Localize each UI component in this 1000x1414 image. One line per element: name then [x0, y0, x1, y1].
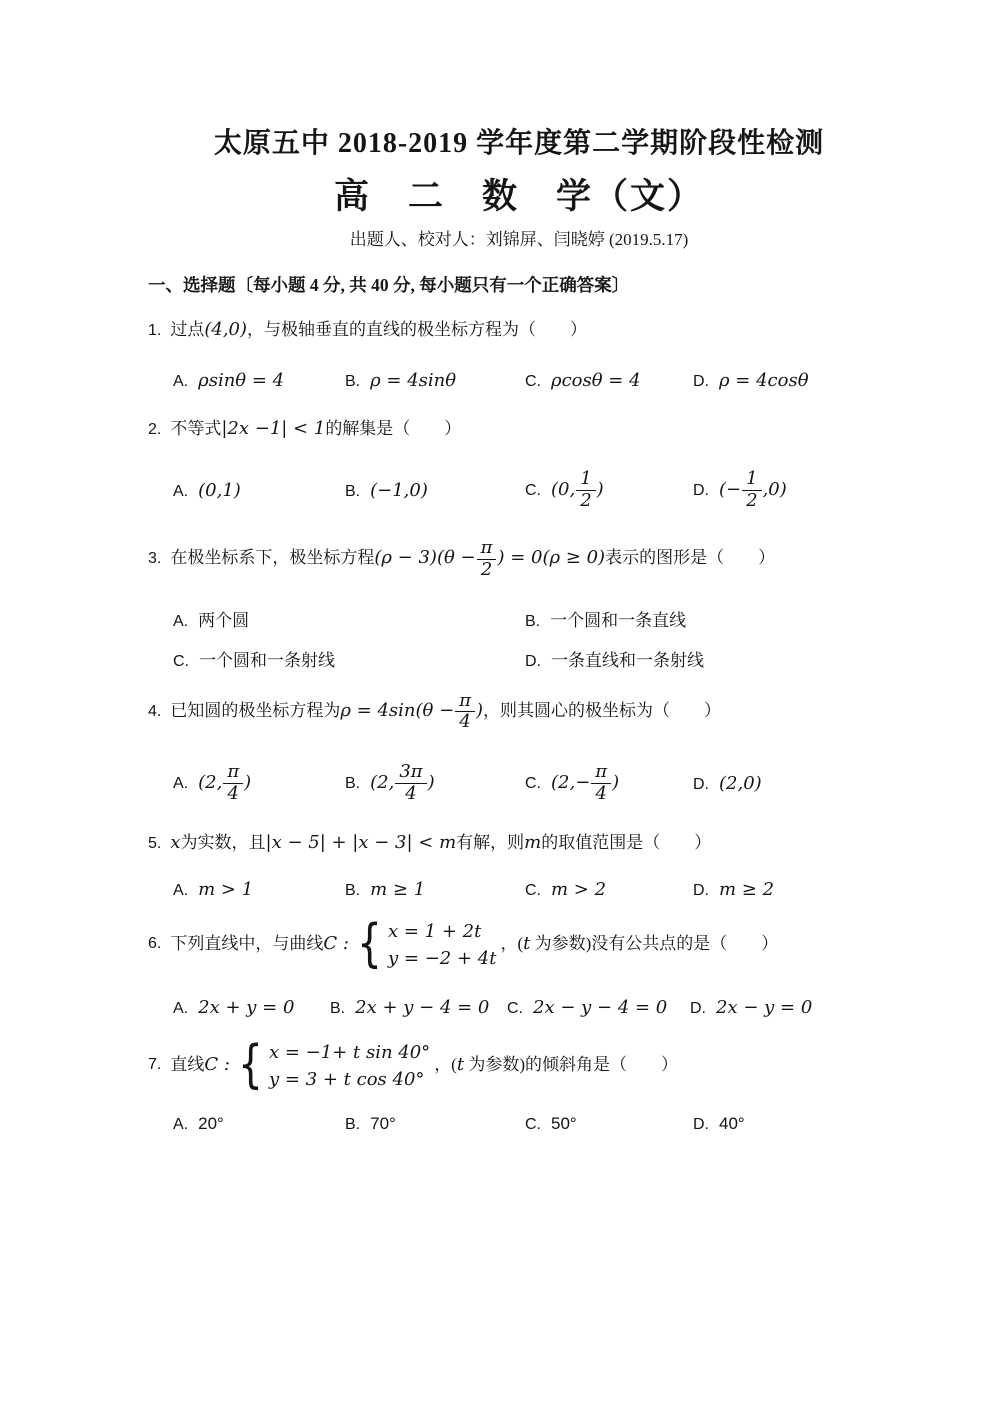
option-text: 2x + y = 0: [198, 997, 294, 1018]
question-7-stem: 7.直线C :{x = −1+ t sin 40°y = 3 + t cos 4…: [148, 1039, 890, 1093]
option-label: C.: [525, 373, 541, 390]
option-text: (2,π4): [198, 772, 251, 793]
stem-math: (ρ − 3)(θ −: [374, 547, 475, 568]
fraction-numerator: π: [223, 762, 243, 783]
stem-math: ) = 0(ρ ≥ 0): [497, 547, 605, 568]
fraction: 12: [576, 469, 595, 511]
option-text: ρ = 4sinθ: [370, 370, 456, 391]
stem-math: |2x −1| < 1: [221, 418, 325, 439]
stem-math: ): [476, 700, 483, 721]
question-5-option-d: D.m ≥ 2: [693, 879, 890, 900]
fraction: 3π4: [395, 762, 426, 804]
question-4-option-c: C.(2,−π4): [525, 762, 693, 804]
option-label: D.: [693, 373, 709, 390]
option-label: A.: [173, 1000, 188, 1017]
option-label: D.: [693, 882, 709, 899]
option-text: 70°: [370, 1114, 396, 1133]
question-1-options: A.ρsinθ = 4 B.ρ = 4sinθ C.ρcosθ = 4 D.ρ …: [173, 370, 890, 391]
exam-credits: 出题人、校对人：刘锦屏、闫晓婷 (2019.5.17): [148, 228, 890, 252]
fraction-denominator: 4: [395, 783, 426, 805]
option-text: 两个圆: [198, 611, 249, 630]
question-2-option-d: D.(−12,0): [693, 469, 890, 511]
option-text: (2,0): [719, 773, 762, 794]
fraction-denominator: 4: [455, 711, 475, 733]
question-6-stem: 6.下列直线中，与曲线C :{x = 1 + 2ty = −2 + 4t，(t …: [148, 918, 890, 972]
stem-math: ρ = 4sin(θ −: [340, 700, 454, 721]
stem-text: 表示的图形是（ ）: [605, 548, 775, 567]
option-label: D.: [693, 1116, 709, 1133]
option-label: A.: [173, 882, 188, 899]
option-text: 一个圆和一条直线: [550, 611, 686, 630]
option-text: ρ = 4cosθ: [719, 370, 809, 391]
option-label: B.: [330, 1000, 345, 1017]
option-text-pre: (−: [719, 479, 741, 500]
stem-text: ，(: [500, 933, 523, 952]
stem-text: 的解集是（ ）: [325, 419, 461, 438]
fraction: π2: [477, 538, 497, 580]
option-label: C.: [507, 1000, 523, 1017]
option-label: C.: [173, 653, 189, 670]
option-text-pre: (2,: [370, 772, 394, 793]
stem-math: t: [457, 1053, 464, 1074]
parametric-equations: {x = −1+ t sin 40°y = 3 + t cos 40°: [234, 1039, 430, 1093]
question-6-option-d: D.2x − y = 0: [690, 997, 890, 1018]
question-1-option-c: C.ρcosθ = 4: [525, 370, 693, 391]
page-content: 太原五中 2018-2019 学年度第二学期阶段性检测 高 二 数 学（文） 出…: [0, 0, 1000, 1134]
option-label: C.: [525, 775, 541, 792]
option-text-post: ): [612, 772, 619, 793]
option-label: D.: [693, 776, 709, 793]
option-label: D.: [693, 482, 709, 499]
fraction-denominator: 2: [742, 490, 761, 512]
question-1-option-a: A.ρsinθ = 4: [173, 370, 345, 391]
question-4-stem: 4.已知圆的极坐标方程为ρ = 4sin(θ −π4)，则其圆心的极坐标为（ ）: [148, 691, 890, 733]
option-text: m ≥ 1: [370, 879, 425, 900]
option-text: (0,1): [198, 480, 241, 501]
parametric-equations: {x = 1 + 2ty = −2 + 4t: [353, 918, 497, 972]
question-1-option-d: D.ρ = 4cosθ: [693, 370, 890, 391]
question-6-option-c: C.2x − y − 4 = 0: [507, 997, 690, 1018]
question-2-option-c: C.(0,12): [525, 469, 693, 511]
option-text-pre: (2,: [198, 772, 222, 793]
option-text: 50°: [551, 1114, 577, 1133]
question-5-option-c: C.m > 2: [525, 879, 693, 900]
stem-text: ，(: [434, 1054, 457, 1073]
option-label: D.: [690, 1000, 706, 1017]
question-4-option-a: A.(2,π4): [173, 762, 345, 804]
option-text: (−12,0): [719, 479, 787, 500]
option-text: (2,−π4): [551, 772, 619, 793]
question-3-option-d: D.一条直线和一条射线: [525, 646, 890, 671]
question-6-options: A.2x + y = 0 B.2x + y − 4 = 0 C.2x − y −…: [173, 997, 890, 1018]
option-text: 2x − y = 0: [716, 997, 812, 1018]
question-3-options: A.两个圆 B.一个圆和一条直线 C.一个圆和一条射线 D.一条直线和一条射线: [173, 606, 890, 671]
option-label: B.: [345, 882, 360, 899]
fraction-numerator: 1: [576, 469, 595, 490]
fraction-denominator: 2: [477, 559, 497, 581]
fraction-numerator: π: [455, 691, 475, 712]
question-number: 5.: [148, 835, 161, 852]
question-7-option-b: B.70°: [345, 1114, 525, 1134]
question-7-option-c: C.50°: [525, 1114, 693, 1134]
question-2-options: A.(0,1) B.(−1,0) C.(0,12) D.(−12,0): [173, 469, 890, 511]
question-number: 1.: [148, 322, 161, 339]
fraction: π4: [591, 762, 611, 804]
stem-math: C :: [323, 932, 349, 953]
section-heading: 一、选择题〔每小题 4 分, 共 40 分, 每小题只有一个正确答案〕: [148, 272, 890, 298]
option-text: m > 2: [551, 879, 606, 900]
question-7-option-a: A.20°: [173, 1114, 345, 1134]
question-3-stem: 3.在极坐标系下，极坐标方程(ρ − 3)(θ −π2) = 0(ρ ≥ 0)表…: [148, 538, 890, 580]
question-6-option-b: B.2x + y − 4 = 0: [330, 997, 507, 1018]
fraction-numerator: 3π: [395, 762, 426, 783]
question-2-option-a: A.(0,1): [173, 480, 345, 501]
question-3-option-a: A.两个圆: [173, 606, 525, 631]
stem-math: |x − 5| + |x − 3| < m: [266, 832, 457, 853]
question-3-option-b: B.一个圆和一条直线: [525, 606, 890, 631]
equation-line-2: y = −2 + 4t: [388, 945, 496, 972]
question-2-option-b: B.(−1,0): [345, 480, 525, 501]
question-4-option-b: B.(2,3π4): [345, 762, 525, 804]
option-label: A.: [173, 613, 188, 630]
question-1-option-b: B.ρ = 4sinθ: [345, 370, 525, 391]
question-6-option-a: A.2x + y = 0: [173, 997, 330, 1018]
question-number: 6.: [148, 935, 161, 952]
question-4-option-d: D.(2,0): [693, 773, 890, 794]
option-text: 一条直线和一条射线: [551, 651, 704, 670]
question-number: 7.: [148, 1056, 161, 1073]
question-3-option-c: C.一个圆和一条射线: [173, 646, 525, 671]
option-label: B.: [345, 775, 360, 792]
stem-text: 的取值范围是（ ）: [541, 833, 711, 852]
option-label: B.: [345, 483, 360, 500]
option-text-post: ): [597, 479, 604, 500]
option-text: (−1,0): [370, 480, 428, 501]
fraction-denominator: 4: [223, 783, 243, 805]
option-text-pre: (0,: [551, 479, 575, 500]
stem-text: 直线: [170, 1054, 204, 1073]
option-label: A.: [173, 1116, 188, 1133]
option-text: (0,12): [551, 479, 604, 500]
option-text: ρcosθ = 4: [551, 370, 641, 391]
fraction: π4: [455, 691, 475, 733]
option-text: m > 1: [198, 879, 253, 900]
question-4-options: A.(2,π4) B.(2,3π4) C.(2,−π4) D.(2,0): [173, 762, 890, 804]
question-number: 2.: [148, 421, 161, 438]
exam-subtitle: 高 二 数 学（文）: [148, 174, 890, 220]
fraction: π4: [223, 762, 243, 804]
question-7-options: A.20° B.70° C.50° D.40°: [173, 1114, 890, 1134]
stem-text: 为参数)没有公共点的是（ ）: [530, 933, 778, 952]
question-5-stem: 5.x为实数，且|x − 5| + |x − 3| < m有解，则m的取值范围是…: [148, 831, 890, 856]
fraction-numerator: π: [477, 538, 497, 559]
question-7-option-d: D.40°: [693, 1114, 890, 1134]
option-label: B.: [345, 1116, 360, 1133]
question-number: 3.: [148, 550, 161, 567]
option-text: m ≥ 2: [719, 879, 774, 900]
stem-text: 有解，则: [456, 833, 524, 852]
equation-line-2: y = 3 + t cos 40°: [269, 1066, 430, 1093]
option-label: C.: [525, 882, 541, 899]
stem-text: 为实数，且: [181, 833, 266, 852]
option-label: A.: [173, 775, 188, 792]
option-text: 20°: [198, 1114, 224, 1133]
question-1-stem: 1.过点(4,0)，与极轴垂直的直线的极坐标方程为（ ）: [148, 318, 890, 343]
left-brace-symbol: {: [238, 1041, 263, 1090]
question-5-option-b: B.m ≥ 1: [345, 879, 525, 900]
option-text: 2x − y − 4 = 0: [533, 997, 667, 1018]
stem-math: m: [524, 832, 541, 853]
stem-math: C :: [204, 1053, 230, 1074]
fraction-denominator: 2: [576, 490, 595, 512]
option-label: C.: [525, 482, 541, 499]
fraction-numerator: 1: [742, 469, 761, 490]
stem-text: ，则其圆心的极坐标为（ ）: [483, 701, 721, 720]
stem-math: x: [170, 832, 180, 853]
stem-math: (4,0): [204, 319, 247, 340]
fraction-numerator: π: [591, 762, 611, 783]
option-text-post: ): [244, 772, 251, 793]
stem-text: 过点: [170, 320, 204, 339]
question-2-stem: 2.不等式|2x −1| < 1的解集是（ ）: [148, 417, 890, 442]
equation-line-1: x = 1 + 2t: [388, 918, 496, 945]
option-label: A.: [173, 483, 188, 500]
question-5-options: A.m > 1 B.m ≥ 1 C.m > 2 D.m ≥ 2: [173, 879, 890, 900]
option-label: B.: [525, 613, 540, 630]
option-label: B.: [345, 373, 360, 390]
left-brace-symbol: {: [357, 920, 382, 969]
option-label: D.: [525, 653, 541, 670]
stem-text: 在极坐标系下，极坐标方程: [170, 548, 374, 567]
stem-text: 已知圆的极坐标方程为: [170, 701, 340, 720]
option-text-pre: (2,−: [551, 772, 590, 793]
question-5-option-a: A.m > 1: [173, 879, 345, 900]
option-label: A.: [173, 373, 188, 390]
option-text: 2x + y − 4 = 0: [355, 997, 489, 1018]
option-text: (2,3π4): [370, 772, 435, 793]
option-label: C.: [525, 1116, 541, 1133]
option-text: 一个圆和一条射线: [199, 651, 335, 670]
equation-lines: x = −1+ t sin 40°y = 3 + t cos 40°: [269, 1039, 430, 1093]
stem-text: 为参数)的倾斜角是（ ）: [464, 1054, 678, 1073]
question-number: 4.: [148, 703, 161, 720]
stem-text: 下列直线中，与曲线: [170, 933, 323, 952]
option-text: 40°: [719, 1114, 745, 1133]
equation-lines: x = 1 + 2ty = −2 + 4t: [388, 918, 496, 972]
stem-text: ，与极轴垂直的直线的极坐标方程为（ ）: [247, 320, 587, 339]
stem-text: 不等式: [170, 419, 221, 438]
option-text-post: ,0): [763, 479, 787, 500]
exam-title: 太原五中 2018-2019 学年度第二学期阶段性检测: [148, 0, 890, 162]
option-text: ρsinθ = 4: [198, 370, 284, 391]
option-text-post: ): [428, 772, 435, 793]
exam-paper-page: 太原五中 2018-2019 学年度第二学期阶段性检测 高 二 数 学（文） 出…: [0, 0, 1000, 1414]
fraction-denominator: 4: [591, 783, 611, 805]
equation-line-1: x = −1+ t sin 40°: [269, 1039, 430, 1066]
fraction: 12: [742, 469, 761, 511]
